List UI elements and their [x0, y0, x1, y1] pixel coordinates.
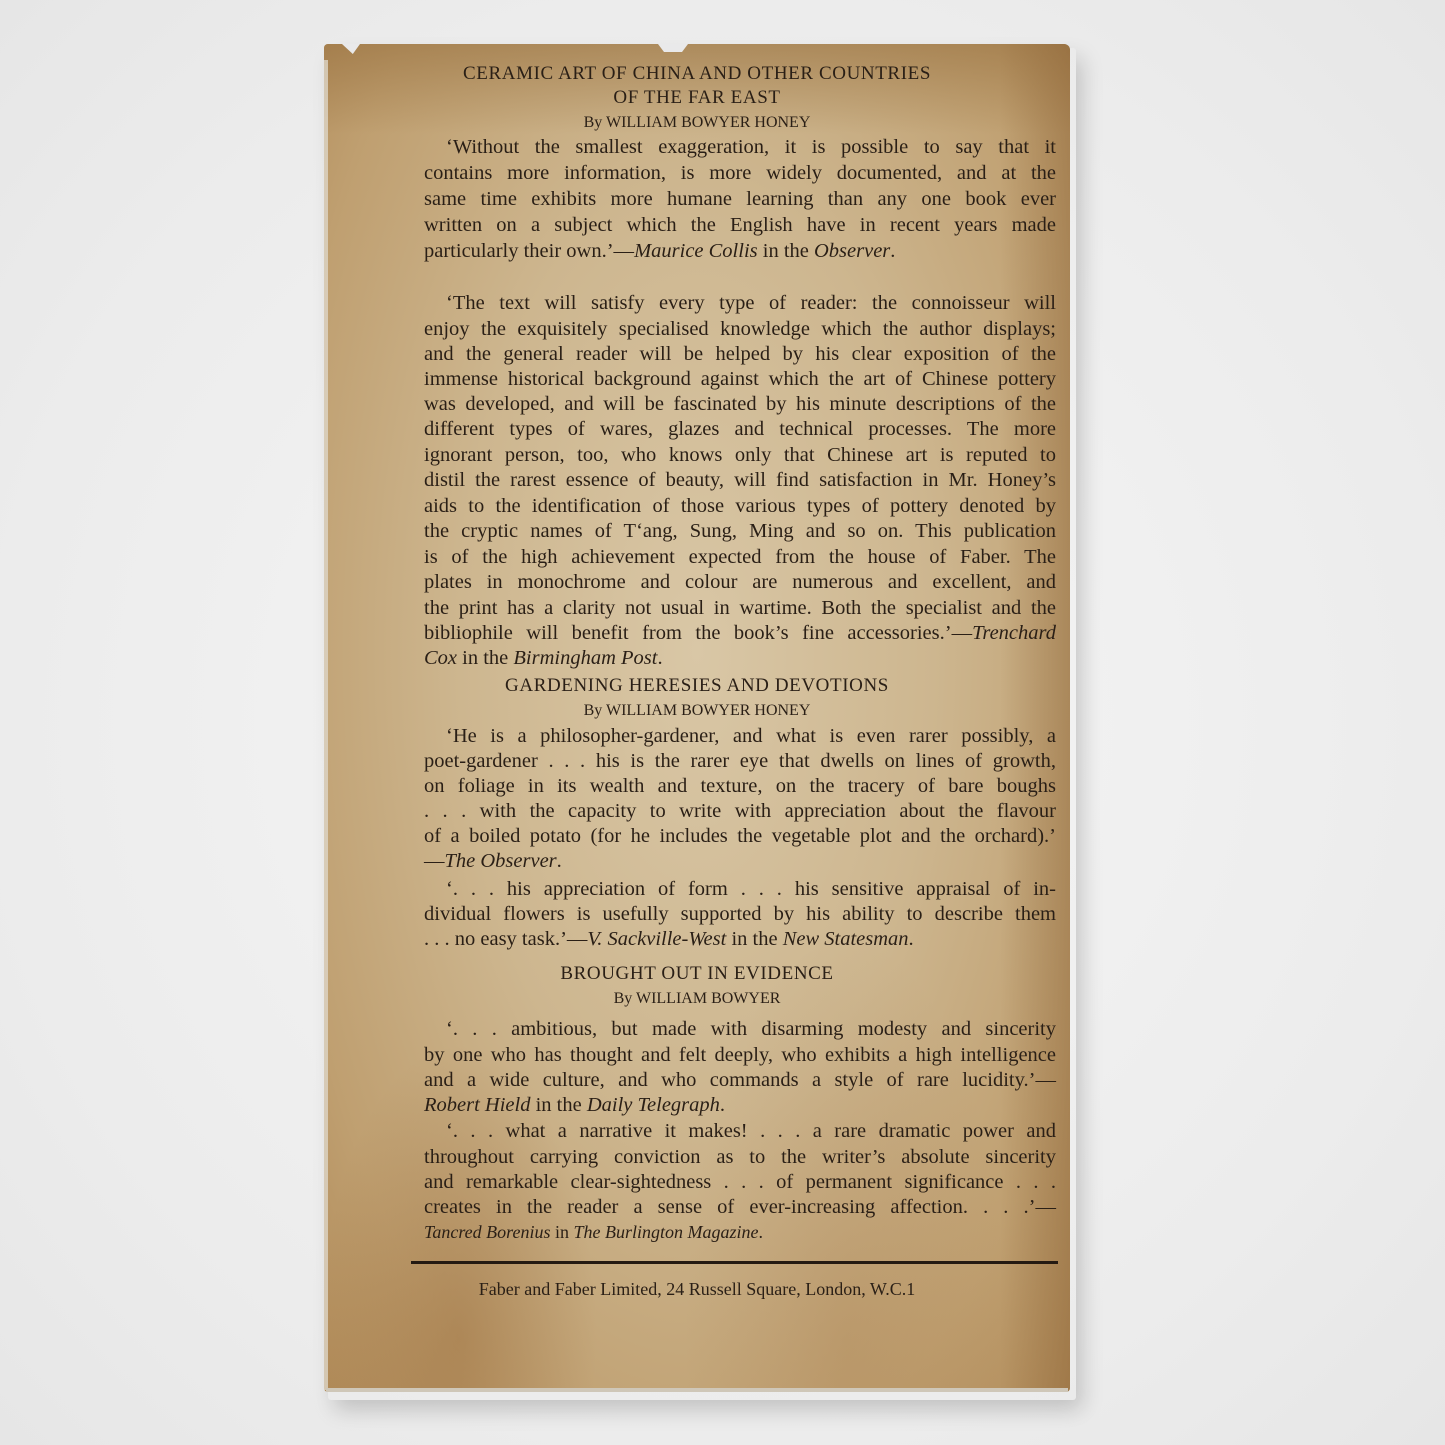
connector-text: in the — [530, 1094, 586, 1116]
reviewer-name: Cox — [424, 647, 457, 669]
jacket-left-edge — [324, 60, 328, 1390]
reviewer-name: Robert Hield — [424, 1094, 530, 1116]
review-line: enjoy the exquisitely specialised knowle… — [424, 317, 1056, 341]
punctuation: . — [890, 240, 895, 262]
review-line: the print has a clarity not usual in war… — [424, 596, 1056, 620]
review-line: plates in monochrome and colour are nume… — [424, 570, 1056, 594]
section-3-byline: By WILLIAM BOWYER — [324, 987, 1070, 1011]
review-line: . . . with the capacity to write with ap… — [424, 799, 1056, 823]
review-line: ‘He is a philosopher-gardener, and what … — [424, 724, 1056, 748]
review-line: immense historical background against wh… — [424, 367, 1056, 391]
section-1-title-line-2: OF THE FAR EAST — [324, 86, 1070, 110]
review-attribution: . . . no easy task.’—V. Sackville-West i… — [424, 927, 1056, 951]
punctuation: . — [657, 647, 662, 669]
review-line: was developed, and will be fascinated by… — [424, 392, 1056, 416]
review-line: and a wide culture, and who commands a s… — [424, 1068, 1056, 1092]
review-attribution: Cox in the Birmingham Post. — [424, 646, 1056, 670]
review-line: and the general reader will be helped by… — [424, 342, 1056, 366]
review-text: bibliophile will benefit from the book’s… — [424, 622, 972, 644]
connector-text: in the — [726, 928, 782, 950]
review-line: ignorant person, too, who knows only tha… — [424, 443, 1056, 467]
review-line: throughout carrying conviction as to the… — [424, 1145, 1056, 1169]
review-line: dividual flowers is usefully supported b… — [424, 902, 1056, 926]
connector-text: in — [551, 1222, 574, 1242]
review-line: ‘Without the smallest exaggeration, it i… — [424, 135, 1056, 159]
reviewer-name: V. Sackville-West — [587, 928, 726, 950]
review-line: distil the rarest essence of beauty, wil… — [424, 468, 1056, 492]
punctuation: . — [720, 1094, 725, 1116]
reviewer-name: Tancred Borenius — [424, 1222, 551, 1242]
review-text: particularly their own.’— — [424, 240, 634, 262]
review-line: same time exhibits more humane learning … — [424, 187, 1056, 211]
review-line: ‘The text will satisfy every type of rea… — [424, 291, 1056, 315]
reviewer-name: Trenchard — [972, 622, 1056, 644]
section-3-title: BROUGHT OUT IN EVIDENCE — [324, 962, 1070, 986]
publication-name: The Observer — [445, 850, 557, 872]
publication-name: New Statesman — [783, 928, 909, 950]
review-line: the cryptic names of T‘ang, Sung, Ming a… — [424, 519, 1056, 543]
punctuation: . — [557, 850, 562, 872]
review-line: by one who has thought and felt deeply, … — [424, 1043, 1056, 1067]
publication-name: Birmingham Post — [513, 647, 657, 669]
review-attribution: particularly their own.’—Maurice Collis … — [424, 239, 1056, 263]
review-line: and remarkable clear-sightedness . . . o… — [424, 1170, 1056, 1194]
dash: — — [424, 850, 445, 872]
publication-name: Daily Telegraph — [587, 1094, 720, 1116]
punctuation: . — [759, 1222, 764, 1242]
connector-text: in the — [457, 647, 513, 669]
review-line: aids to the identification of those vari… — [424, 494, 1056, 518]
review-attribution: Tancred Borenius in The Burlington Magaz… — [424, 1220, 1056, 1244]
review-line: of a boiled potato (for he includes the … — [424, 824, 1056, 848]
section-1-title-line-1: CERAMIC ART OF CHINA AND OTHER COUNTRIES — [324, 62, 1070, 86]
review-attribution: Robert Hield in the Daily Telegraph. — [424, 1093, 1056, 1117]
connector-text: in the — [758, 240, 814, 262]
section-2-byline: By WILLIAM BOWYER HONEY — [324, 699, 1070, 723]
publisher-footer: Faber and Faber Limited, 24 Russell Squa… — [324, 1277, 1070, 1301]
jacket-bottom-edge — [326, 1388, 1068, 1392]
review-line: written on a subject which the English h… — [424, 213, 1056, 237]
review-line: ‘. . . ambitious, but made with disarmin… — [424, 1017, 1056, 1041]
review-line: on foliage in its wealth and texture, on… — [424, 774, 1056, 798]
review-line: ‘. . . what a narrative it makes! . . . … — [424, 1119, 1056, 1143]
review-text: . . . no easy task.’— — [424, 928, 587, 950]
review-line: different types of wares, glazes and tec… — [424, 417, 1056, 441]
reviewer-name: Maurice Collis — [634, 240, 758, 262]
publication-name: Observer — [814, 240, 890, 262]
section-1-byline: By WILLIAM BOWYER HONEY — [324, 111, 1070, 135]
section-2-title: GARDENING HERESIES AND DEVOTIONS — [324, 674, 1070, 698]
review-line: creates in the reader a sense of ever-in… — [424, 1195, 1056, 1219]
review-attribution: bibliophile will benefit from the book’s… — [424, 621, 1056, 645]
review-line: is of the high achievement expected from… — [424, 545, 1056, 569]
review-line: ‘. . . his appreciation of form . . . hi… — [424, 877, 1056, 901]
review-line: contains more information, is more widel… — [424, 161, 1056, 185]
review-line: poet-gardener . . . his is the rarer eye… — [424, 749, 1056, 773]
punctuation: . — [909, 928, 914, 950]
footer-divider-rule — [411, 1261, 1058, 1264]
publication-name: The Burlington Magazine — [574, 1222, 759, 1242]
review-attribution: —The Observer. — [424, 849, 1056, 873]
